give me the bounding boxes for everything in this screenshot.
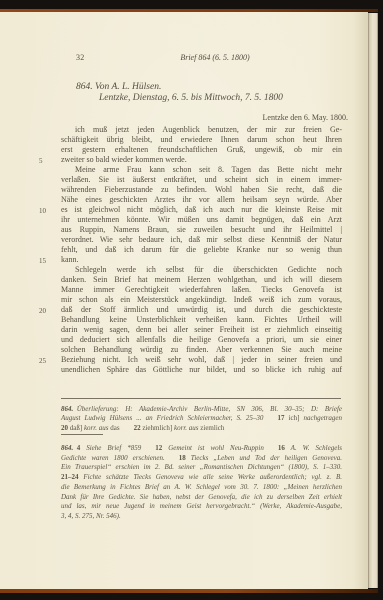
body-line: mir schon als ein Meisterstück angekündi… bbox=[61, 295, 342, 305]
letter-dateline: Lentzke den 6. May. 1800. bbox=[61, 113, 348, 122]
commentary-line: und las, mir neue Jugend in meinem Geist… bbox=[61, 502, 342, 512]
note-segment: Siehe Brief *859 bbox=[80, 444, 155, 452]
body-line: ihr unternehmen könnte. Wir müßen uns da… bbox=[61, 215, 342, 225]
body-line-text: Meine arme Frau kann schon seit 8. Tagen… bbox=[75, 165, 342, 174]
commentary-line: 864. 4 Siehe Brief *859 12 Gemeint ist w… bbox=[61, 444, 342, 454]
body-line-text: verlaßen. Sie ist äußerst entkräftet, un… bbox=[61, 175, 342, 184]
body-line: 5zweiter so bald wieder kommen werde. bbox=[61, 155, 342, 165]
apparatus-line: 20 daß] korr. aus das 22 ziehmlich] korr… bbox=[61, 424, 342, 433]
note-segment: ich] bbox=[284, 414, 303, 422]
book-scan: 32 Brief 864 (6. 5. 1800) 864. Von A. L.… bbox=[0, 0, 383, 600]
body-line: Behandlung keine Unsterblichkeit verheiß… bbox=[61, 315, 342, 325]
body-line: Schlegeln werde ich selbst für die übers… bbox=[61, 265, 342, 275]
note-segment: ziehmlich] bbox=[141, 424, 174, 432]
body-line: erst gestern erhaltenen freundschaftlich… bbox=[61, 145, 342, 155]
body-line-text: erst gestern erhaltenen freundschaftlich… bbox=[61, 145, 342, 154]
body-line: 20daß der Stoff ärmlich und unwürdig ist… bbox=[61, 305, 342, 315]
running-head: Brief 864 (6. 5. 1800) bbox=[84, 53, 346, 62]
commentary-line: Gedichte waren 1800 erschienen. 18 Tieck… bbox=[61, 454, 342, 464]
body-line: Manne immer Gerechtigkeit wiederfahren l… bbox=[61, 285, 342, 295]
apparatus-line: August Ludwig Hülsens ... an Friedrich S… bbox=[61, 414, 342, 423]
note-segment: 864. bbox=[61, 444, 73, 452]
body-line: darin wenig sagen, denn bei aller seiner… bbox=[61, 325, 342, 335]
explanatory-notes: 864. 4 Siehe Brief *859 12 Gemeint ist w… bbox=[61, 444, 342, 522]
body-line-text: Schlegeln werde ich selbst für die übers… bbox=[75, 265, 342, 274]
apparatus-separator-rule bbox=[61, 398, 341, 399]
note-segment: 864. bbox=[61, 405, 73, 413]
body-line: aus Ruppin, Namens Braun, sie zuweilen b… bbox=[61, 225, 342, 235]
letter-body: ich muß jetzt jeden Augenblick benutzen,… bbox=[61, 125, 342, 375]
body-line: ich muß jetzt jeden Augenblick benutzen,… bbox=[61, 125, 342, 135]
letter-heading-place-date: Lentzke, Dienstag, 6. 5. bis Mittwoch, 7… bbox=[99, 93, 283, 103]
note-segment: und las, mir neue Jugend in meinem Geist… bbox=[61, 502, 342, 510]
note-segment: Fichte schätzte Tiecks Genoveva wie alle… bbox=[79, 473, 343, 481]
body-line-text: aus Ruppin, Namens Braun, sie zuweilen b… bbox=[61, 225, 342, 234]
apparatus-line: 864. Überlieferung: H: Akademie-Archiv B… bbox=[61, 405, 342, 414]
note-segment: 21–24 bbox=[61, 473, 79, 481]
line-number: 20 bbox=[39, 306, 53, 316]
commentary-line: die Bemerkung in Fichtes Brief an A. W. … bbox=[61, 483, 342, 493]
body-line-text: zweiter so bald wieder kommen werde. bbox=[61, 155, 187, 164]
body-line-text: es ist gleichwol nicht möglich, daß ich … bbox=[61, 205, 342, 214]
line-number: 10 bbox=[39, 206, 53, 216]
body-line-text: ihr unternehmen könnte. Wir müßen uns da… bbox=[61, 215, 342, 224]
body-line-text: Beziehung nicht. Ich weiß sehr wohl, daß… bbox=[61, 355, 342, 364]
note-segment: 20 bbox=[61, 424, 68, 432]
body-line: Nähe eines geschickten Arztes ihr vor al… bbox=[61, 195, 342, 205]
note-segment: Dank für Ihre Gedichte. Sie haben, nebst… bbox=[61, 493, 342, 501]
body-line-text: schäftigkeit übrig bleibt, und erwiedere… bbox=[61, 135, 342, 144]
commentary-line: Dank für Ihre Gedichte. Sie haben, nebst… bbox=[61, 493, 342, 503]
book-page: 32 Brief 864 (6. 5. 1800) 864. Von A. L.… bbox=[0, 12, 368, 589]
body-line-text: unendlichen Sphäre das Göttliche nur bil… bbox=[61, 365, 342, 374]
body-line-text: und deduciert sich allenfalls die heilig… bbox=[61, 335, 342, 344]
body-line-text: Nähe eines geschickten Arztes ihr vor al… bbox=[61, 195, 342, 204]
note-segment: 3, 4, S. 275, Nr. 546). bbox=[61, 512, 121, 520]
commentary-line: Ein Trauerspiel“ erschien im 2. Bd. sein… bbox=[61, 463, 342, 473]
body-line: und deduciert sich allenfalls die heilig… bbox=[61, 335, 342, 345]
body-line-text: fehlt, und daß ich darum für die geliebt… bbox=[61, 245, 342, 254]
note-segment: Ein Trauerspiel“ erschien im 2. Bd. sein… bbox=[61, 463, 342, 471]
body-line-text: Manne immer Gerechtigkeit wiederfahren l… bbox=[61, 285, 342, 294]
body-line-text: verordnet. Wie sehr bedaure ich, daß mir… bbox=[61, 235, 342, 244]
body-line: 25Beziehung nicht. Ich weiß sehr wohl, d… bbox=[61, 355, 342, 365]
note-segment: 16 bbox=[278, 444, 285, 452]
note-segment: das bbox=[108, 424, 133, 432]
body-line-text: ich muß jetzt jeden Augenblick benutzen,… bbox=[75, 125, 342, 134]
body-line: danken. Sein Brief hat meinem Herzen woh… bbox=[61, 275, 342, 285]
body-line-text: kann. bbox=[61, 255, 79, 264]
body-line: Meine arme Frau kann schon seit 8. Tagen… bbox=[61, 165, 342, 175]
note-segment: 18 bbox=[179, 454, 186, 462]
body-line: unendlichen Sphäre das Göttliche nur bil… bbox=[61, 365, 342, 375]
body-line-text: danken. Sein Brief hat meinem Herzen woh… bbox=[61, 275, 342, 284]
body-line-text: Behandlung keine Unsterblichkeit verheiß… bbox=[61, 315, 342, 324]
note-segment: August Ludwig Hülsens ... an Friedrich S… bbox=[61, 414, 277, 422]
body-line-text: solchen Behandlung würdig zu finden. Abe… bbox=[61, 345, 342, 354]
note-segment: Überlieferung: H: Akademie-Archiv Berlin… bbox=[73, 405, 342, 413]
body-line: währenden Fieberzustande zu befinden. Wo… bbox=[61, 185, 342, 195]
note-segment: 22 bbox=[134, 424, 141, 432]
note-segment: ziemlich bbox=[199, 424, 225, 432]
note-segment: korr. aus bbox=[174, 424, 199, 432]
note-segment: daß] bbox=[68, 424, 84, 432]
note-segment: nachgetragen bbox=[304, 414, 343, 422]
book-cover-edge-bottom bbox=[0, 589, 378, 593]
body-line: solchen Behandlung würdig zu finden. Abe… bbox=[61, 345, 342, 355]
commentary-line: 3, 4, S. 275, Nr. 546). bbox=[61, 512, 342, 522]
body-line: 15kann. bbox=[61, 255, 342, 265]
body-line-text: währenden Fieberzustande zu befinden. Wo… bbox=[61, 185, 342, 194]
body-line-text: mir schon als ein Meisterstück angekündi… bbox=[61, 295, 342, 304]
note-segment: Gedichte waren 1800 erschienen. bbox=[61, 454, 179, 462]
note-segment: Gemeint ist wohl Neu-Ruppin bbox=[162, 444, 278, 452]
note-segment: Tiecks „Leben und Tod der heiligen Genov… bbox=[186, 454, 342, 462]
body-line: 10es ist gleichwol nicht möglich, daß ic… bbox=[61, 205, 342, 215]
body-line: schäftigkeit übrig bleibt, und erwiedere… bbox=[61, 135, 342, 145]
textual-apparatus: 864. Überlieferung: H: Akademie-Archiv B… bbox=[61, 405, 342, 433]
line-number: 5 bbox=[39, 156, 53, 166]
body-line-text: darin wenig sagen, denn bei aller seiner… bbox=[61, 325, 342, 334]
note-segment: korr. aus bbox=[84, 424, 109, 432]
page-stack-edge bbox=[368, 13, 378, 588]
body-line: verordnet. Wie sehr bedaure ich, daß mir… bbox=[61, 235, 342, 245]
commentary-line: 21–24 Fichte schätzte Tiecks Genoveva wi… bbox=[61, 473, 342, 483]
body-line-text: daß der Stoff ärmlich und unwürdig ist, … bbox=[61, 305, 342, 314]
line-number: 25 bbox=[39, 356, 53, 366]
note-segment: die Bemerkung in Fichtes Brief an A. W. … bbox=[61, 483, 342, 491]
line-number: 15 bbox=[39, 256, 53, 266]
commentary-separator-rule bbox=[61, 434, 103, 435]
letter-heading-sender: 864. Von A. L. Hülsen. bbox=[76, 82, 161, 92]
note-segment: A. W. Schlegels bbox=[285, 444, 342, 452]
body-line: verlaßen. Sie ist äußerst entkräftet, un… bbox=[61, 175, 342, 185]
body-line: fehlt, und daß ich darum für die geliebt… bbox=[61, 245, 342, 255]
